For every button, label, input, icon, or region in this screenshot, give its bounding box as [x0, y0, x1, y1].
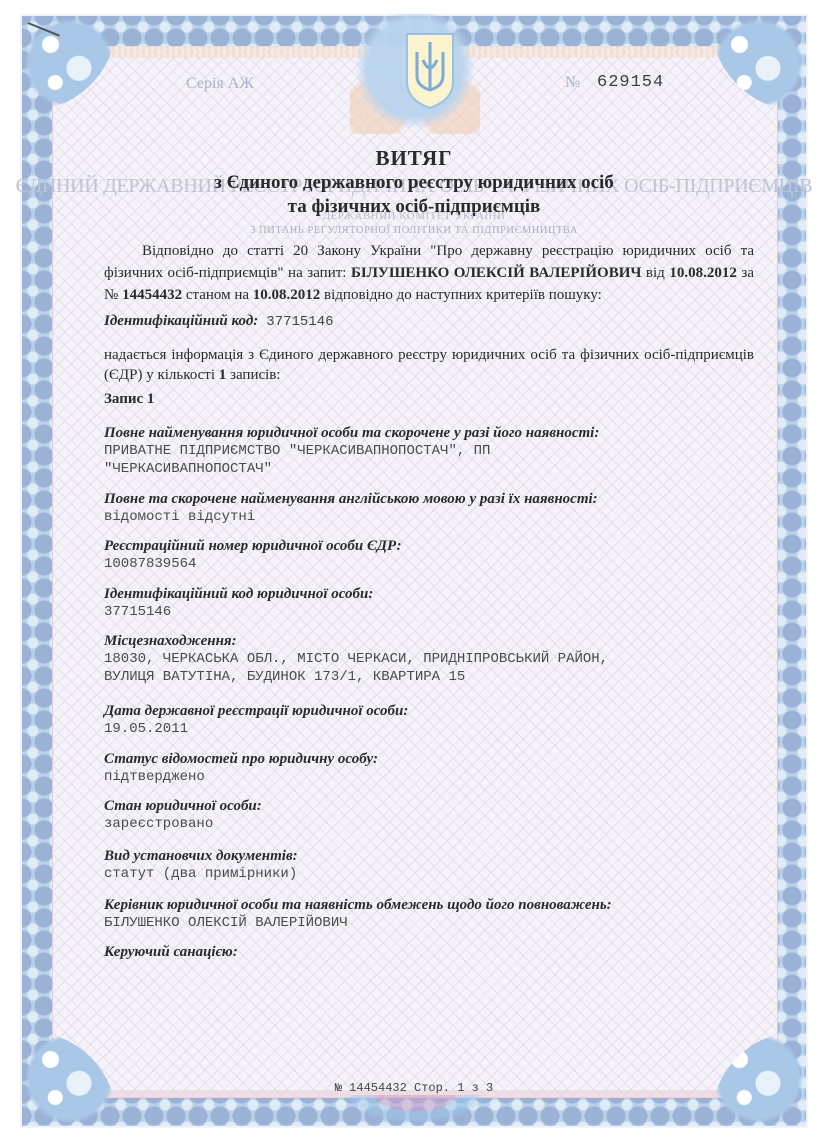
document-subtitle-line1: з Єдиного державного реєстру юридичних о… [0, 172, 828, 194]
field-label: Повне та скорочене найменування англійсь… [104, 490, 754, 508]
field-label: Керуючий санацією: [104, 943, 754, 961]
intro-paragraph: Відповідно до статті 20 Закону України "… [104, 240, 754, 306]
search-criteria: Ідентифікаційний код:37715146 [104, 313, 334, 330]
provided-text: записів: [226, 367, 280, 383]
field-label: Дата державної реєстрації юридичної особ… [104, 702, 754, 720]
search-criteria-label: Ідентифікаційний код: [104, 313, 258, 329]
field-value: 37715146 [104, 603, 754, 621]
field-value: 18030, ЧЕРКАСЬКА ОБЛ., МІСТО ЧЕРКАСИ, ПР… [104, 650, 754, 686]
intro-text: відповідно до наступних критеріїв пошуку… [320, 287, 602, 303]
page-footer: № 14454432 Стор. 1 з 3 [0, 1081, 828, 1095]
field-value: ПРИВАТНЕ ПІДПРИЄМСТВО "ЧЕРКАСИВАПНОПОСТА… [104, 442, 754, 478]
field-entity-state: Стан юридичної особи: зареєстровано [104, 797, 754, 833]
field-registration-date: Дата державної реєстрації юридичної особ… [104, 702, 754, 738]
field-label: Реєстраційний номер юридичної особи ЄДР: [104, 537, 754, 555]
field-value: БІЛУШЕНКО ОЛЕКСІЙ ВАЛЕРІЙОВИЧ [104, 914, 754, 932]
field-label: Місцезнаходження: [104, 632, 754, 650]
field-label: Вид установчих документів: [104, 847, 754, 865]
field-value: відомості відсутні [104, 508, 754, 526]
field-value: 19.05.2011 [104, 720, 754, 738]
field-value: зареєстровано [104, 815, 754, 833]
field-label: Повне найменування юридичної особи та ск… [104, 424, 754, 442]
field-label: Статус відомостей про юридичну особу: [104, 750, 754, 768]
field-location: Місцезнаходження: 18030, ЧЕРКАСЬКА ОБЛ.,… [104, 632, 754, 686]
field-label: Ідентифікаційний код юридичної особи: [104, 585, 754, 603]
as-of-date: 10.08.2012 [253, 287, 321, 303]
field-label: Керівник юридичної особи та наявність об… [104, 896, 754, 914]
field-sanation-manager: Керуючий санацією: [104, 943, 754, 961]
field-full-name: Повне найменування юридичної особи та ск… [104, 424, 754, 478]
field-value: підтверджено [104, 768, 754, 786]
document-title: ВИТЯГ [0, 146, 828, 171]
field-registration-number: Реєстраційний номер юридичної особи ЄДР:… [104, 537, 754, 573]
request-number: 14454432 [122, 287, 182, 303]
watermark-committee: ДЕРЖАВНИЙ КОМІТЕТ УКРАЇНИ [0, 210, 828, 222]
requester-name: БІЛУШЕНКО ОЛЕКСІЙ ВАЛЕРІЙОВИЧ [351, 265, 641, 281]
field-identification-code: Ідентифікаційний код юридичної особи: 37… [104, 585, 754, 621]
watermark-committee-sub: З ПИТАНЬ РЕГУЛЯТОРНОЇ ПОЛІТИКИ ТА ПІДПРИ… [0, 225, 828, 236]
field-info-status: Статус відомостей про юридичну особу: пі… [104, 750, 754, 786]
field-english-name: Повне та скорочене найменування англійсь… [104, 490, 754, 526]
field-label: Стан юридичної особи: [104, 797, 754, 815]
intro-text: від [641, 265, 669, 281]
intro-text: станом на [182, 287, 253, 303]
field-value: 10087839564 [104, 555, 754, 573]
provided-paragraph: надається інформація з Єдиного державног… [104, 345, 754, 385]
provided-text: надається інформація з Єдиного державног… [104, 347, 754, 383]
field-founding-documents: Вид установчих документів: статут (два п… [104, 847, 754, 883]
field-director: Керівник юридичної особи та наявність об… [104, 896, 754, 932]
bottom-rosette-ornament [340, 1095, 490, 1125]
number-sign: № [565, 74, 580, 92]
record-title: Запис 1 [104, 391, 154, 408]
search-criteria-value: 37715146 [266, 314, 333, 330]
series-label: Серія АЖ [186, 75, 254, 93]
form-number: 629154 [597, 73, 664, 92]
field-value: статут (два примірники) [104, 865, 754, 883]
trident-coat-of-arms-icon [403, 30, 457, 110]
request-date: 10.08.2012 [669, 265, 737, 281]
